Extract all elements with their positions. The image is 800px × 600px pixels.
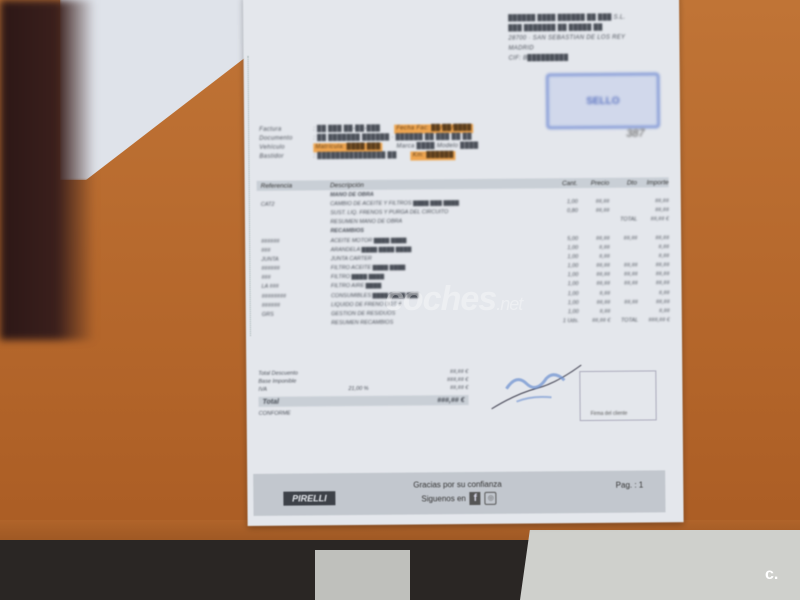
brand-mark: c. [765, 566, 778, 584]
highlight: Km: ██████ [411, 151, 456, 160]
blurred-object-left [0, 0, 95, 340]
page-number: Pag. : 1 [616, 481, 644, 490]
invoice-footer: PIRELLI Gracias por su confianza Sigueno… [253, 470, 665, 516]
signature-box: Firma del cliente [579, 370, 656, 421]
handwritten-note: 387 [626, 128, 644, 140]
company-line: CIF: B█████████ [509, 53, 626, 64]
totals-block: Total Descuento##,## € Base Imponible###… [258, 369, 468, 419]
instagram-icon: ◎ [485, 492, 497, 505]
floor-tile [315, 550, 410, 600]
company-address: ██████ ████ ██████ ██ ███ S.L. ███ █████… [508, 13, 626, 64]
conforme-label: CONFORME [259, 409, 469, 419]
watermark: coches.net [385, 280, 522, 319]
total-row: IVA21,00 %##,## € [258, 385, 468, 395]
company-stamp: SELLO [546, 72, 660, 129]
company-line: ██████ ████ ██████ ██ ███ S.L. [508, 13, 625, 24]
floor-tile [520, 530, 800, 600]
grand-total: Total###,## € [258, 395, 468, 407]
invoice-document: ██████ ████ ██████ ██ ███ S.L. ███ █████… [243, 0, 684, 526]
invoice-meta: Factura : ██ ███ ██-██-███ Fecha Fac: ██… [259, 124, 478, 162]
meta-row: Bastidor : ███████████████ ██ Km: ██████ [259, 151, 478, 162]
signature [486, 363, 586, 414]
thanks-text: Gracias por su confianza [413, 480, 502, 490]
vertical-margin-text [248, 56, 255, 336]
facebook-icon: f [470, 492, 481, 505]
follow-us: Siguenos en f ◎ [421, 492, 497, 506]
pirelli-logo: PIRELLI [283, 491, 335, 505]
company-line: 28700 · SAN SEBASTIAN DE LOS REY [508, 33, 625, 44]
